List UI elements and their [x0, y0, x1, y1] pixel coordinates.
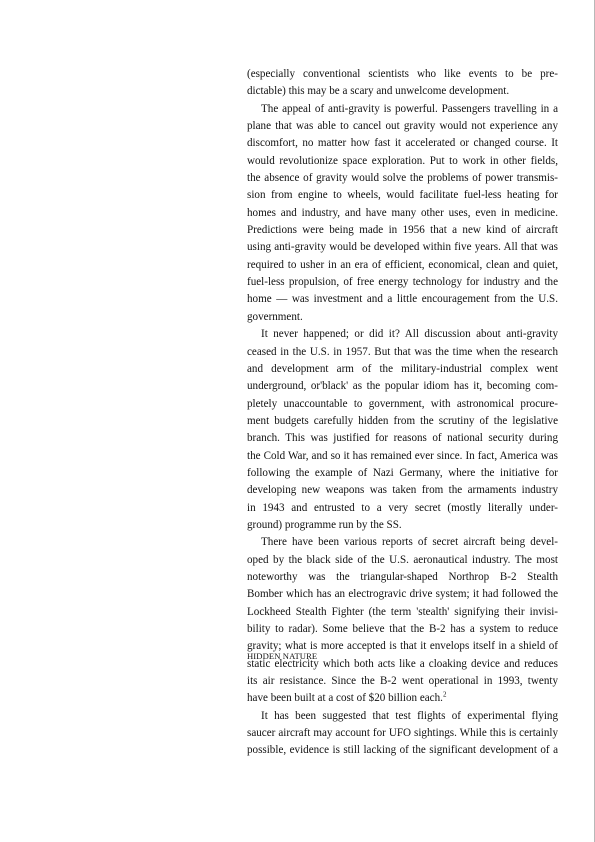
text-line: ment budgets carefully hidden from the s…: [247, 413, 558, 430]
text-line: ground) programme run by the SS.: [247, 517, 558, 534]
text-line: using anti-gravity would be developed wi…: [247, 239, 558, 256]
text-line: underground, or'black' as the popular id…: [247, 378, 558, 395]
footnote-reference[interactable]: 2: [443, 691, 447, 699]
text-line: saucer aircraft may account for UFO sigh…: [247, 725, 558, 742]
text-line: Lockheed Stealth Fighter (the term 'stea…: [247, 604, 558, 621]
text-line: pletely unaccountable to government, wit…: [247, 396, 558, 413]
text-line: possible, evidence is still lacking of t…: [247, 742, 558, 759]
text-line: bility to radar). Some believe that the …: [247, 621, 558, 638]
paragraph: It has been suggested that test flights …: [247, 708, 558, 760]
text-line: discomfort, no matter how fast it accele…: [247, 135, 558, 152]
text-line: required to usher in an era of efficient…: [247, 257, 558, 274]
text-line: (especially conventional scientists who …: [247, 66, 558, 83]
text-line: fuel-less propulsion, of free energy tec…: [247, 274, 558, 291]
text-line: dictable) this may be a scary and unwelc…: [247, 83, 558, 100]
paragraph: (especially conventional scientists who …: [247, 66, 558, 101]
text-line: have been built at a cost of $20 billion…: [247, 690, 558, 707]
text-line: in 1943 and entrusted to a very secret (…: [247, 500, 558, 517]
text-line-content: have been built at a cost of $20 billion…: [247, 692, 443, 704]
text-line: oped by the black side of the U.S. aeron…: [247, 552, 558, 569]
text-line: its air resistance. Since the B-2 went o…: [247, 673, 558, 690]
paragraph: The appeal of anti-gravity is powerful. …: [247, 101, 558, 326]
text-line: It has been suggested that test flights …: [247, 708, 558, 725]
text-line: The appeal of anti-gravity is powerful. …: [247, 101, 558, 118]
text-line: would revolutionize space exploration. P…: [247, 153, 558, 170]
text-line: and development arm of the military-indu…: [247, 361, 558, 378]
text-line: the Cold War, and so it has remained eve…: [247, 448, 558, 465]
running-footer: HIDDEN NATURE: [247, 651, 317, 661]
text-line: following the example of Nazi Germany, w…: [247, 465, 558, 482]
text-line: the absence of gravity would solve the p…: [247, 170, 558, 187]
text-line: homes and industry, and have many other …: [247, 205, 558, 222]
text-line: government.: [247, 309, 558, 326]
paragraph: There have been various reports of secre…: [247, 534, 558, 707]
text-line: branch. This was justified for reasons o…: [247, 430, 558, 447]
text-line: ceased in the U.S. in 1957. But that was…: [247, 344, 558, 361]
text-line: plane that was able to cancel out gravit…: [247, 118, 558, 135]
text-line: Bomber which has an electrogravic drive …: [247, 586, 558, 603]
paragraph: It never happened; or did it? All discus…: [247, 326, 558, 534]
text-line: Predictions were being made in 1956 that…: [247, 222, 558, 239]
text-line: home — was investment and a little encou…: [247, 291, 558, 308]
text-line: developing new weapons was taken from th…: [247, 482, 558, 499]
text-line: There have been various reports of secre…: [247, 534, 558, 551]
text-line: noteworthy was the triangular-shaped Nor…: [247, 569, 558, 586]
text-line: sion from engine to wheels, would facili…: [247, 187, 558, 204]
text-line: It never happened; or did it? All discus…: [247, 326, 558, 343]
